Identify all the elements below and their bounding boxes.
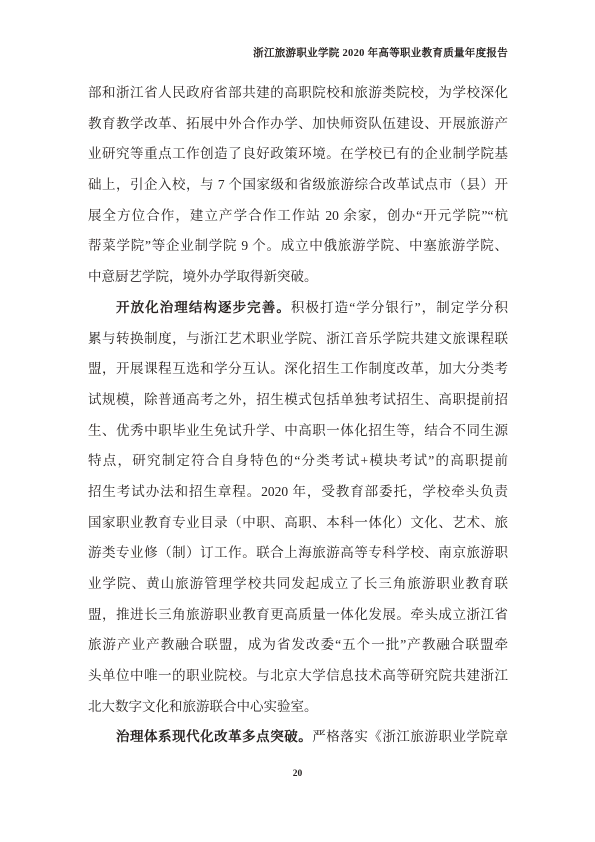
text-line: 业学院、黄山旅游管理学校共同发起成立了长三角旅游职业教育联: [88, 569, 508, 600]
text-line: 教育教学改革、拓展中外合作办学、加快师资队伍建设、开展旅游产: [88, 109, 508, 140]
text-segment: 头单位中唯一的职业院校。与北京大学信息技术高等研究院共建浙江: [88, 668, 508, 683]
text-line: 试规模，除普通高考之外，招生模式包括单独考试招生、高职提前招: [88, 385, 508, 416]
text-line: 盟，开展课程互选和学分互认。深化招生工作制度改革，加大分类考: [88, 354, 508, 385]
text-line: 特点，研究制定符合自身特色的“分类考试+模块考试”的高职提前: [88, 446, 508, 477]
text-segment: 国家职业教育专业目录（中职、高职、本科一体化）文化、艺术、旅: [88, 515, 508, 530]
paragraph: 治理体系现代化改革多点突破。严格落实《浙江旅游职业学院章: [88, 722, 508, 753]
text-segment: 部和浙江省人民政府省部共建的高职院校和旅游类院校，为学校深化: [88, 85, 508, 100]
text-segment: 盟，推进长三角旅游职业教育更高质量一体化发展。牵头成立浙江省: [88, 607, 508, 622]
text-line: 游类专业修（制）订工作。联合上海旅游高等专科学校、南京旅游职: [88, 538, 508, 569]
text-segment: 帮菜学院”等企业制学院 9 个。成立中俄旅游学院、中塞旅游学院、: [88, 238, 508, 253]
page-header: 浙江旅游职业学院 2020 年高等职业教育质量年度报告: [88, 45, 508, 60]
text-line: 中意厨艺学院，境外办学取得新突破。: [88, 262, 508, 293]
text-segment: 业研究等重点工作创造了良好政策环境。在学校已有的企业制学院基: [88, 146, 508, 161]
text-segment: 特点，研究制定符合自身特色的“分类考试+模块考试”的高职提前: [88, 453, 508, 468]
text-segment: 招生考试办法和招生章程。2020 年，受教育部委托，学校牵头负责: [88, 484, 508, 499]
text-line: 盟，推进长三角旅游职业教育更高质量一体化发展。牵头成立浙江省: [88, 600, 508, 631]
text-segment: 累与转换制度，与浙江艺术职业学院、浙江音乐学院共建文旅课程联: [88, 331, 508, 346]
text-segment: 教育教学改革、拓展中外合作办学、加快师资队伍建设、开展旅游产: [88, 116, 508, 131]
text-segment: 开放化治理结构逐步完善。: [116, 300, 291, 315]
paragraph: 开放化治理结构逐步完善。积极打造“学分银行”，制定学分积累与转换制度，与浙江艺术…: [88, 293, 508, 723]
text-line: 部和浙江省人民政府省部共建的高职院校和旅游类院校，为学校深化: [88, 78, 508, 109]
document-body: 部和浙江省人民政府省部共建的高职院校和旅游类院校，为学校深化教育教学改革、拓展中…: [88, 78, 508, 753]
document-page: 浙江旅游职业学院 2020 年高等职业教育质量年度报告 部和浙江省人民政府省部共…: [0, 0, 595, 842]
text-segment: 础上，引企入校，与 7 个国家级和省级旅游综合改革试点市（县）开: [88, 177, 508, 192]
text-segment: 试规模，除普通高考之外，招生模式包括单独考试招生、高职提前招: [88, 392, 508, 407]
text-line: 生、优秀中职毕业生免试升学、中高职一体化招生等，结合不同生源: [88, 416, 508, 447]
text-line: 头单位中唯一的职业院校。与北京大学信息技术高等研究院共建浙江: [88, 661, 508, 692]
text-segment: 业学院、黄山旅游管理学校共同发起成立了长三角旅游职业教育联: [88, 576, 508, 591]
text-segment: 展全方位合作，建立产学合作工作站 20 余家，创办“开元学院”“杭: [88, 208, 508, 223]
text-line: 累与转换制度，与浙江艺术职业学院、浙江音乐学院共建文旅课程联: [88, 324, 508, 355]
paragraph: 部和浙江省人民政府省部共建的高职院校和旅游类院校，为学校深化教育教学改革、拓展中…: [88, 78, 508, 293]
text-segment: 生、优秀中职毕业生免试升学、中高职一体化招生等，结合不同生源: [88, 423, 508, 438]
text-line: 旅游产业产教融合联盟，成为省发改委“五个一批”产教融合联盟牵: [88, 630, 508, 661]
text-line: 国家职业教育专业目录（中职、高职、本科一体化）文化、艺术、旅: [88, 508, 508, 539]
text-line: 开放化治理结构逐步完善。积极打造“学分银行”，制定学分积: [88, 293, 508, 324]
text-line: 础上，引企入校，与 7 个国家级和省级旅游综合改革试点市（县）开: [88, 170, 508, 201]
page-number: 20: [0, 769, 595, 779]
text-line: 招生考试办法和招生章程。2020 年，受教育部委托，学校牵头负责: [88, 477, 508, 508]
text-segment: 游类专业修（制）订工作。联合上海旅游高等专科学校、南京旅游职: [88, 545, 508, 560]
text-line: 治理体系现代化改革多点突破。严格落实《浙江旅游职业学院章: [88, 722, 508, 753]
text-segment: 治理体系现代化改革多点突破。: [116, 729, 312, 744]
text-line: 展全方位合作，建立产学合作工作站 20 余家，创办“开元学院”“杭: [88, 201, 508, 232]
text-line: 业研究等重点工作创造了良好政策环境。在学校已有的企业制学院基: [88, 139, 508, 170]
text-segment: 积极打造“学分银行”，制定学分积: [291, 300, 508, 315]
text-segment: 北大数字文化和旅游联合中心实验室。: [88, 699, 318, 714]
text-segment: 盟，开展课程互选和学分互认。深化招生工作制度改革，加大分类考: [88, 361, 508, 376]
text-segment: 旅游产业产教融合联盟，成为省发改委“五个一批”产教融合联盟牵: [88, 637, 508, 652]
text-line: 帮菜学院”等企业制学院 9 个。成立中俄旅游学院、中塞旅游学院、: [88, 231, 508, 262]
text-line: 北大数字文化和旅游联合中心实验室。: [88, 692, 508, 723]
text-segment: 中意厨艺学院，境外办学取得新突破。: [88, 269, 318, 284]
text-segment: 严格落实《浙江旅游职业学院章: [312, 729, 508, 744]
